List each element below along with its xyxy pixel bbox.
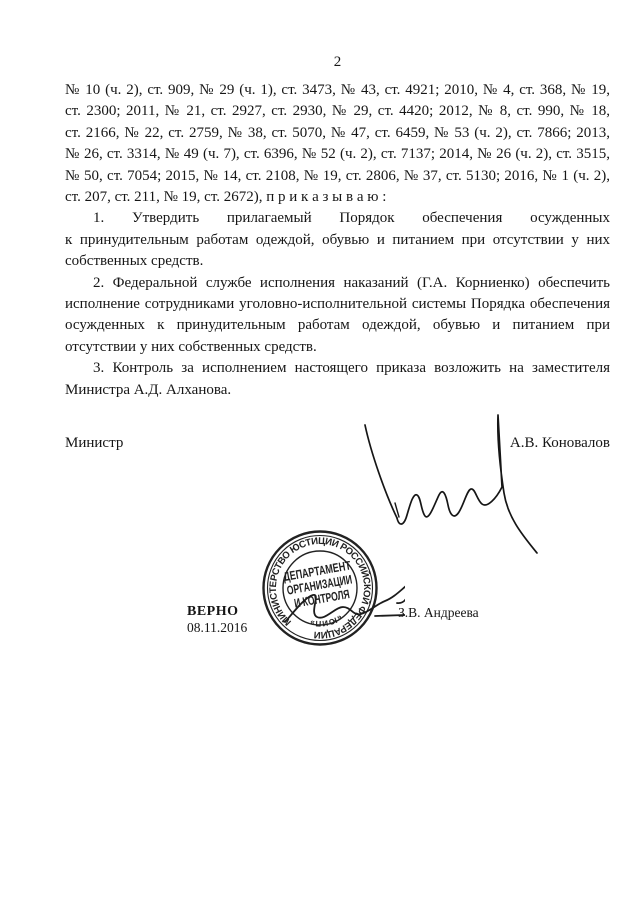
order-item-1: 1. Утвердить прилагаемый Порядок обеспеч… bbox=[65, 208, 610, 272]
order-line: к принудительным работам одеждой, обувью… bbox=[65, 230, 610, 251]
citation-line: № 50, ст. 7054; 2015, № 14, ст. 2108, № … bbox=[65, 166, 610, 187]
order-line: осужденных к принудительным работам одеж… bbox=[65, 315, 610, 336]
order-item-3: 3. Контроль за исполнением настоящего пр… bbox=[65, 358, 610, 401]
citation-line: № 10 (ч. 2), ст. 909, № 29 (ч. 1), ст. 3… bbox=[65, 80, 610, 101]
order-line: 3. Контроль за исполнением настоящего пр… bbox=[65, 358, 610, 379]
order-line: 1. Утвердить прилагаемый Порядок обеспеч… bbox=[65, 208, 610, 229]
citation-line: № 26, ст. 3314, № 49 (ч. 7), ст. 6396, №… bbox=[65, 144, 610, 165]
verno-label: ВЕРНО bbox=[187, 604, 307, 620]
order-line-last: собственных средств. bbox=[65, 251, 610, 272]
document-page: 2 № 10 (ч. 2), ст. 909, № 29 (ч. 1), ст.… bbox=[0, 0, 640, 905]
certification-block: ВЕРНО 08.11.2016 bbox=[187, 604, 307, 636]
citations-paragraph: № 10 (ч. 2), ст. 909, № 29 (ч. 1), ст. 3… bbox=[65, 80, 610, 208]
order-line-last: Министра А.Д. Алханова. bbox=[65, 380, 610, 401]
order-line: 2. Федеральной службе исполнения наказан… bbox=[65, 273, 610, 294]
signer-position-label: Министр bbox=[65, 435, 123, 452]
department-stamp: МИНИСТЕРСТВО ЮСТИЦИИ РОССИЙСКОЙ ФЕДЕРАЦИ… bbox=[235, 503, 405, 673]
order-item-2: 2. Федеральной службе исполнения наказан… bbox=[65, 273, 610, 359]
citation-line: ст. 2166, № 22, ст. 2759, № 38, ст. 5070… bbox=[65, 123, 610, 144]
secretary-name: З.В. Андреева bbox=[398, 605, 479, 621]
order-line: исполнение сотрудниками уголовно-исполни… bbox=[65, 294, 610, 315]
order-line-last: отсутствии у них собственных средств. bbox=[65, 337, 610, 358]
citation-line-last: ст. 207, ст. 211, № 19, ст. 2672), п р и… bbox=[65, 187, 610, 208]
page-number: 2 bbox=[65, 54, 610, 71]
certification-date: 08.11.2016 bbox=[187, 620, 307, 636]
document-body: № 10 (ч. 2), ст. 909, № 29 (ч. 1), ст. 3… bbox=[65, 80, 610, 401]
citation-line: ст. 2300; 2011, № 21, ст. 2927, ст. 2930… bbox=[65, 101, 610, 122]
